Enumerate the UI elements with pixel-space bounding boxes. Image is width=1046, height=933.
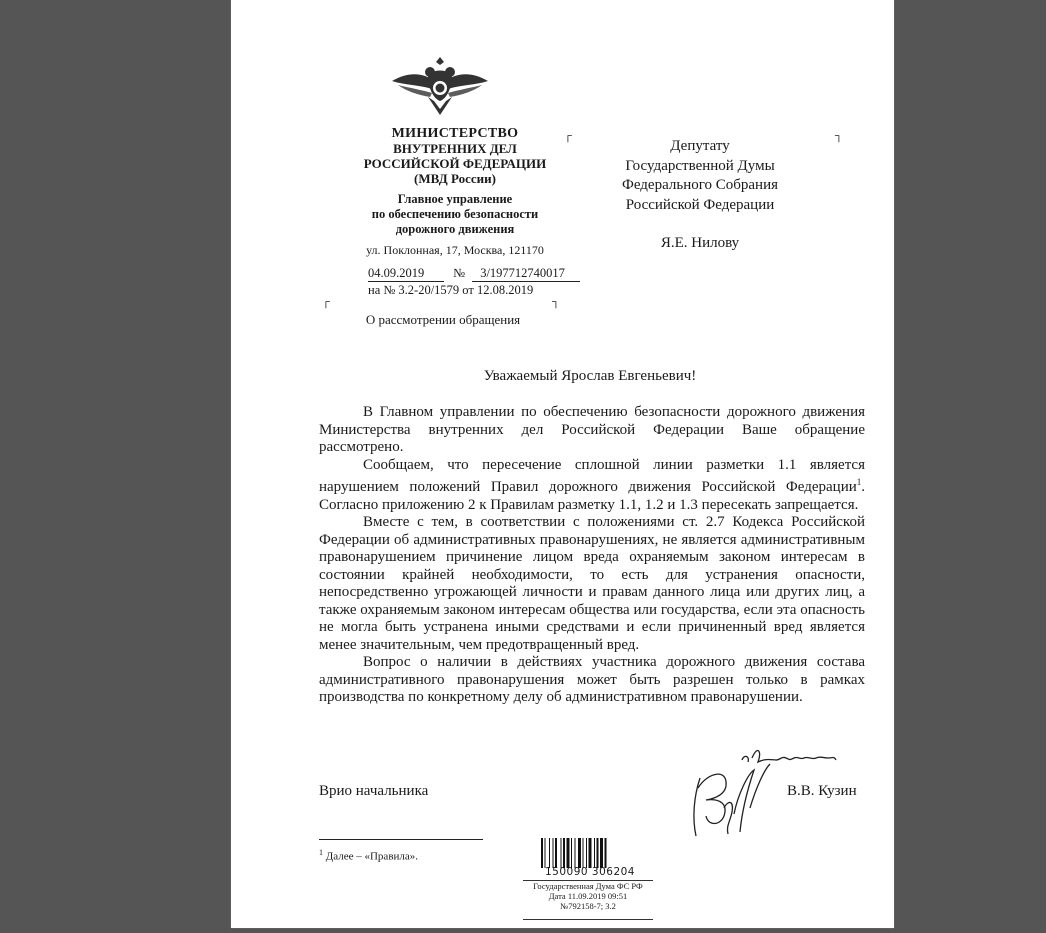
dept-line: дорожного движения <box>340 222 570 237</box>
reference-line: на № 3.2-20/1579 от 12.08.2019 <box>368 283 533 298</box>
dept-line: по обеспечению безопасности <box>340 207 570 222</box>
ministry-letterhead: МИНИСТЕРСТВО ВНУТРЕННИХ ДЕЛ РОССИЙСКОЙ Ф… <box>340 126 570 258</box>
eagle-emblem-icon <box>384 55 496 117</box>
corner-mark-icon: ┐ <box>552 296 560 308</box>
stamp-line: №792158-7; 3.2 <box>523 901 653 911</box>
dept-line: Главное управление <box>340 192 570 207</box>
letter-subject: О рассмотрении обращения <box>338 312 548 328</box>
number-label: № <box>453 266 465 280</box>
footnote-mark: 1 <box>319 848 323 857</box>
paragraph-text: Сообщаем, что пересечение сплошной линии… <box>319 457 865 496</box>
corner-mark-icon: ┐ <box>835 130 843 142</box>
paragraph: В Главном управлении по обеспечению безо… <box>319 404 865 457</box>
registration-number: 3/197712740017 <box>472 266 580 282</box>
addressee-line: Государственной Думы <box>600 157 800 177</box>
signatory-name: В.В. Кузин <box>787 783 857 800</box>
addressee-line: Российской Федерации <box>600 196 800 216</box>
stamp-divider <box>523 919 653 920</box>
registration-line: 04.09.2019 № 3/197712740017 <box>368 266 580 282</box>
footnote-text: Далее – «Правила». <box>326 851 418 863</box>
addressee-name: Я.Е. Нилову <box>600 234 800 254</box>
stamp-line: Государственная Дума ФС РФ <box>523 881 653 891</box>
org-line: (МВД России) <box>340 171 570 186</box>
org-line: МИНИСТЕРСТВО <box>340 126 570 141</box>
stamp-text: Государственная Дума ФС РФ Дата 11.09.20… <box>523 881 653 911</box>
barcode-icon <box>541 838 639 868</box>
corner-mark-icon: ┌ <box>322 296 330 308</box>
footnote: 1 Далее – «Правила». <box>319 848 418 863</box>
footnote-divider <box>319 839 483 840</box>
department-name: Главное управление по обеспечению безопа… <box>340 192 570 237</box>
corner-mark-icon: ┌ <box>564 130 572 142</box>
barcode-number: 150090 306204 <box>537 866 643 878</box>
org-line: РОССИЙСКОЙ ФЕДЕРАЦИИ <box>340 156 570 171</box>
signatory-title: Врио начальника <box>319 783 428 800</box>
paragraph: Вопрос о наличии в действиях участника д… <box>319 654 865 707</box>
addressee-line: Депутату <box>600 137 800 157</box>
org-address: ул. Поклонная, 17, Москва, 121170 <box>340 243 570 258</box>
salutation: Уважаемый Ярослав Евгеньевич! <box>300 368 880 385</box>
paragraph: Сообщаем, что пересечение сплошной линии… <box>319 457 865 515</box>
addressee-line: Федерального Собрания <box>600 176 800 196</box>
letter-body: В Главном управлении по обеспечению безо… <box>319 404 865 707</box>
stamp-line: Дата 11.09.2019 09:51 <box>523 891 653 901</box>
org-line: ВНУТРЕННИХ ДЕЛ <box>340 141 570 156</box>
paragraph: Вместе с тем, в соответствии с положения… <box>319 514 865 654</box>
addressee-block: Депутату Государственной Думы Федерально… <box>600 137 800 254</box>
registration-date: 04.09.2019 <box>368 266 444 282</box>
